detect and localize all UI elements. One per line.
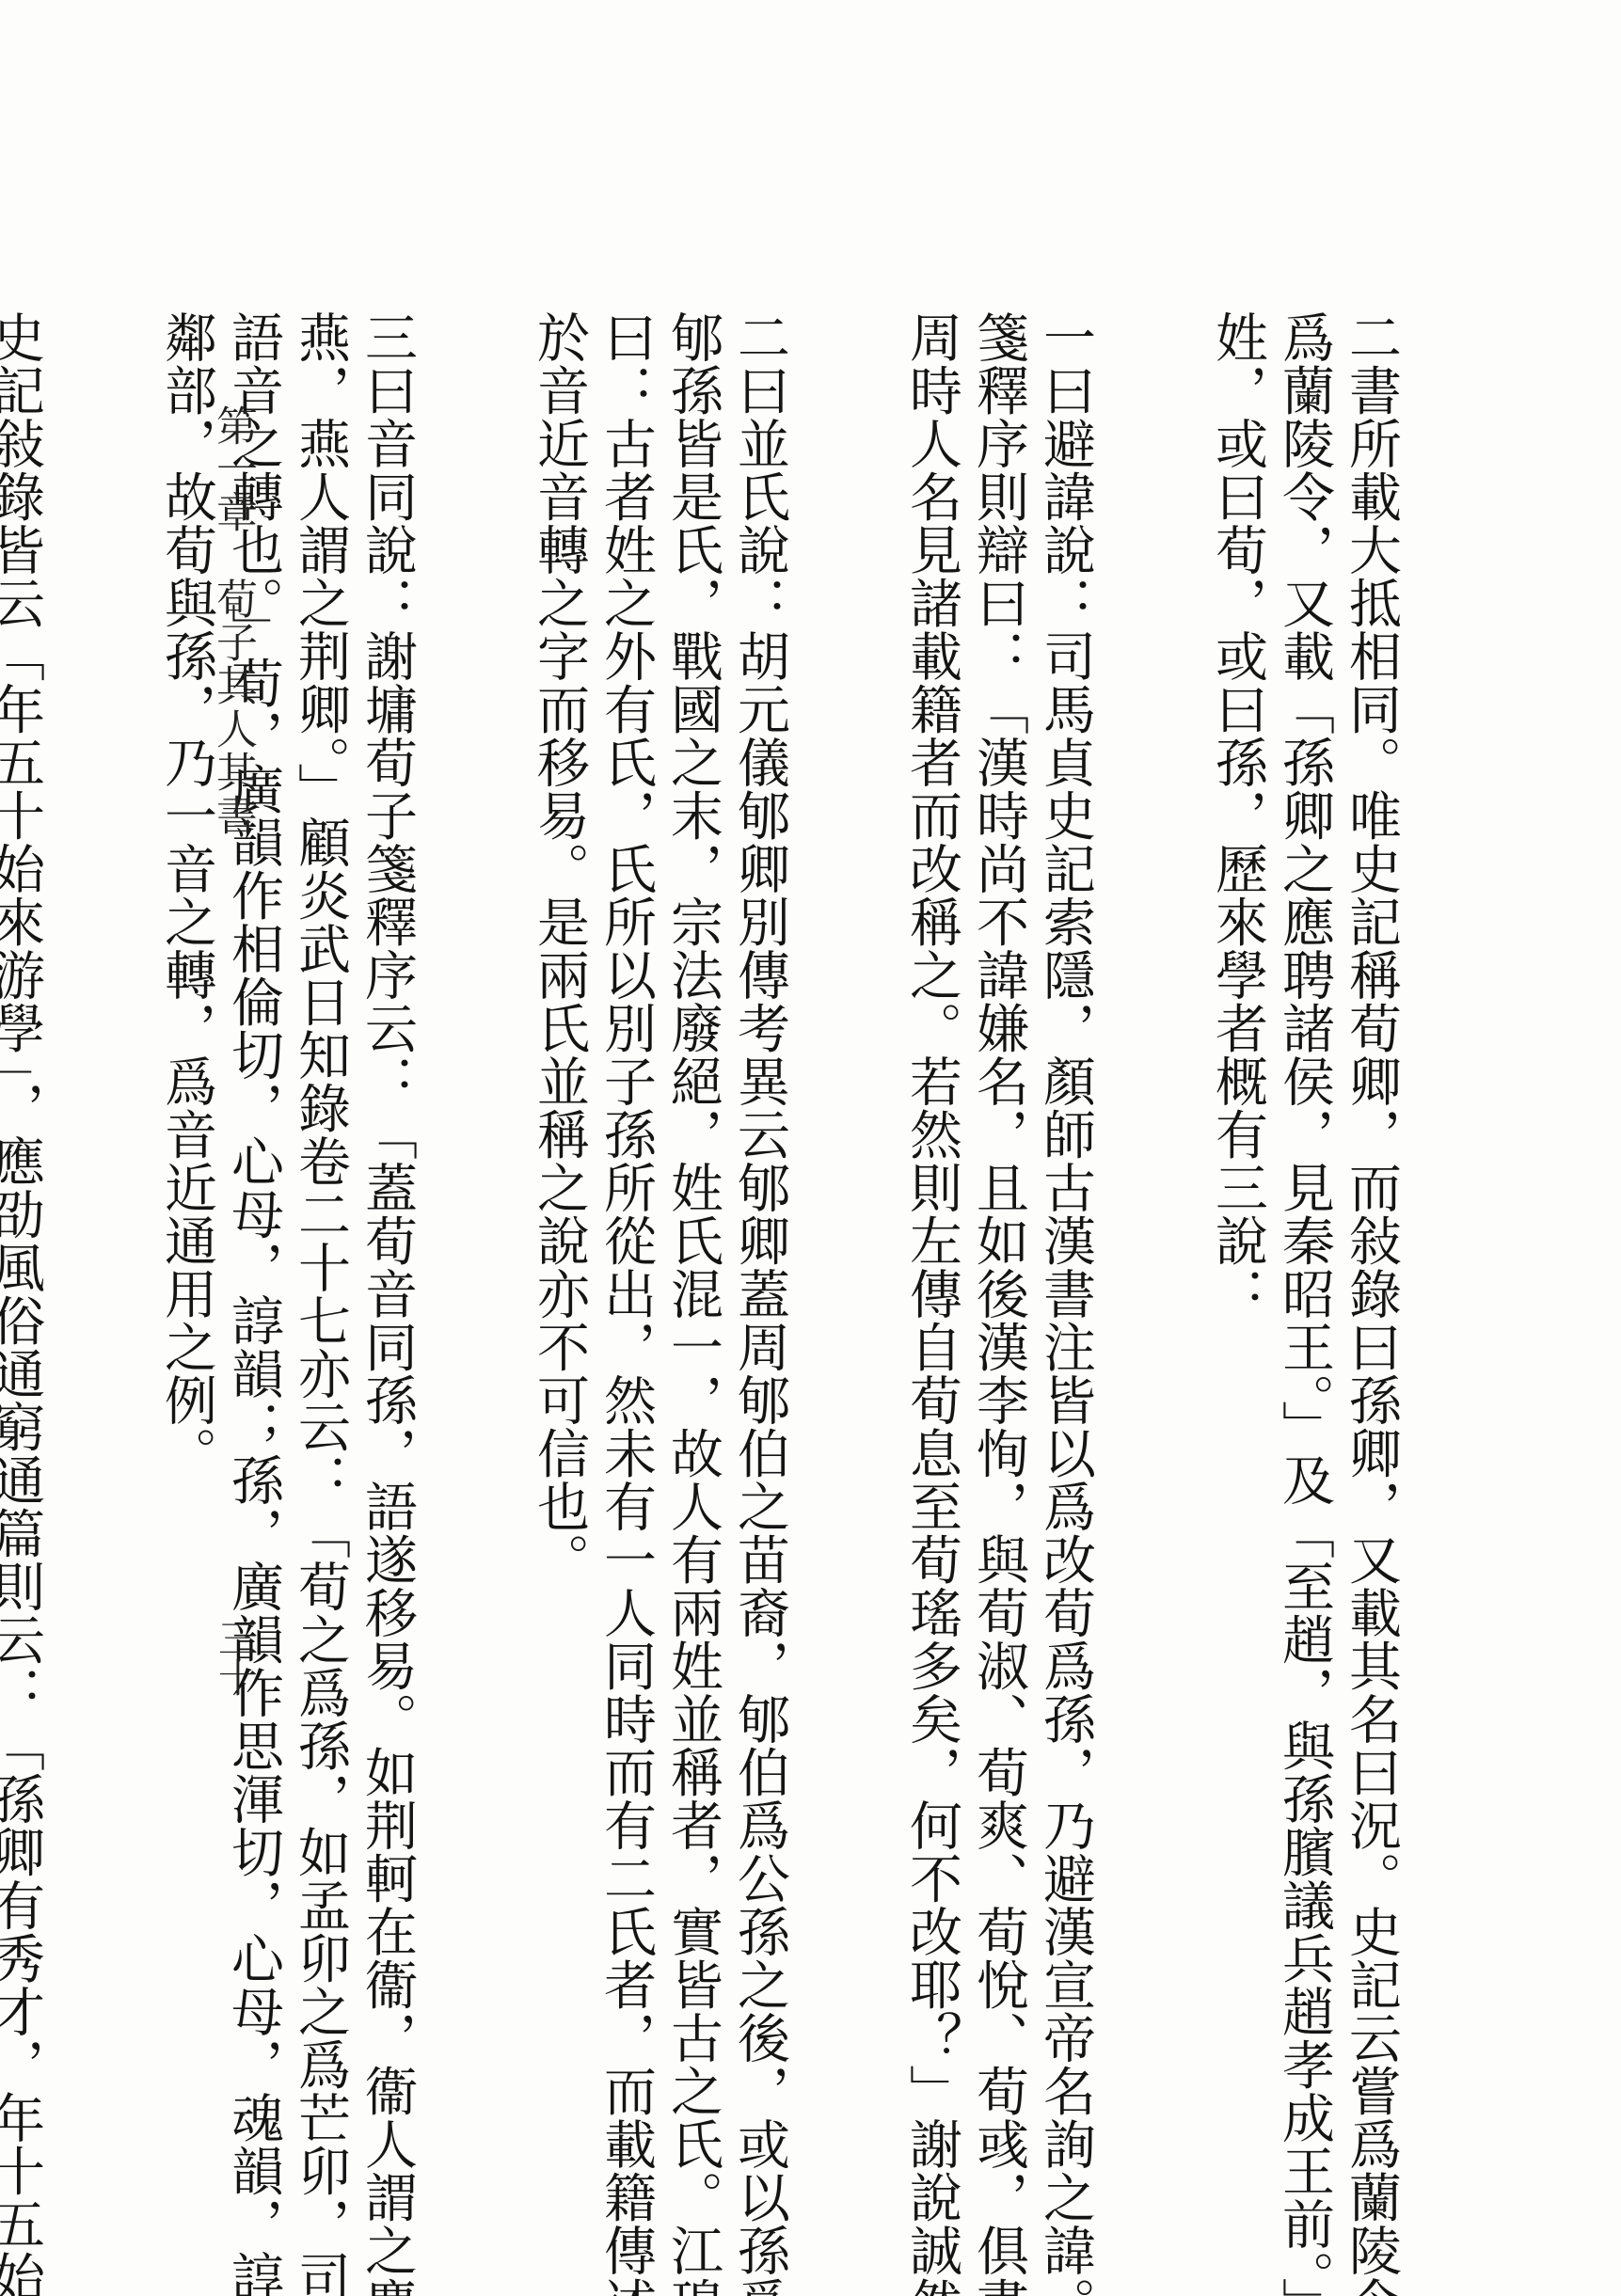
running-head-chapter-title: 第一章 荀子其人其書 <box>202 404 262 837</box>
text-column-5: 箋釋序則辯曰：「漢時尚不諱嫌名，且如後漢李恂，與荀淑、荀爽、荀悅、荀彧，俱書本字… <box>965 310 1032 2173</box>
text-column-4: 一曰避諱說：司馬貞史記索隱，顏師古漢書注皆以爲改荀爲孫，乃避漢宣帝名詢之諱。謝墉… <box>1032 310 1204 2173</box>
text-column-12: 燕，燕人謂之荆卿。」顧炎武日知錄卷二十七亦云：「荀之爲孫，如孟卯之爲芒卯，司徒之… <box>287 310 354 2173</box>
text-column-11: 三曰音同說：謝墉荀子箋釋序云：「蓋荀音同孫，語遂移易。如荆軻在衞，衞人謂之慶卿，… <box>354 310 526 2173</box>
book-page: 二書所載大抵相同。唯史記稱荀卿，而敍錄曰孫卿，又載其名曰況。史記云嘗爲蘭陵令，敍… <box>0 0 1621 2296</box>
text-column-9: 曰：古者姓之外有氏，氏所以別子孫所從出，然未有一人同時而有二氏者，而載籍傳述之不… <box>593 310 660 2173</box>
text-column-10: 於音近音轉之字而移易。是兩氏並稱之說亦不可信也。 <box>526 310 593 2173</box>
text-column-6: 周時人名見諸載籍者而改稱之。若然則左傳自荀息至荀瑤多矣，何不改耶？」謝說誠然。 <box>898 310 965 2173</box>
text-column-3: 姓，或曰荀，或曰孫，歷來學者概有三說： <box>1204 310 1271 2173</box>
text-column-1: 二書所載大抵相同。唯史記稱荀卿，而敍錄曰孫卿，又載其名曰況。史記云嘗爲蘭陵令，敍… <box>1338 310 1405 2173</box>
text-column-2: 爲蘭陵令，又載「孫卿之應聘諸侯，見秦昭王。」及「至趙，與孫臏議兵趙孝成王前。」二… <box>1271 310 1338 2173</box>
text-column-15: 史記敍錄皆云「年五十始來游學」，應劭風俗通窮通篇則云：「孫卿有秀才，年十五始來游… <box>0 310 153 2173</box>
page-number: 三十 <box>207 1618 263 1697</box>
text-column-7: 二曰並氏說：胡元儀郇卿別傳考異云郇卿蓋周郇伯之苗裔，郇伯爲公孫之後，或以孫爲氏。… <box>726 310 898 2173</box>
text-column-8: 郇孫皆是氏，戰國之末，宗法廢絕，姓氏混一，故人有兩姓並稱者，實皆古之氏。江瑔讀子… <box>660 310 726 2173</box>
